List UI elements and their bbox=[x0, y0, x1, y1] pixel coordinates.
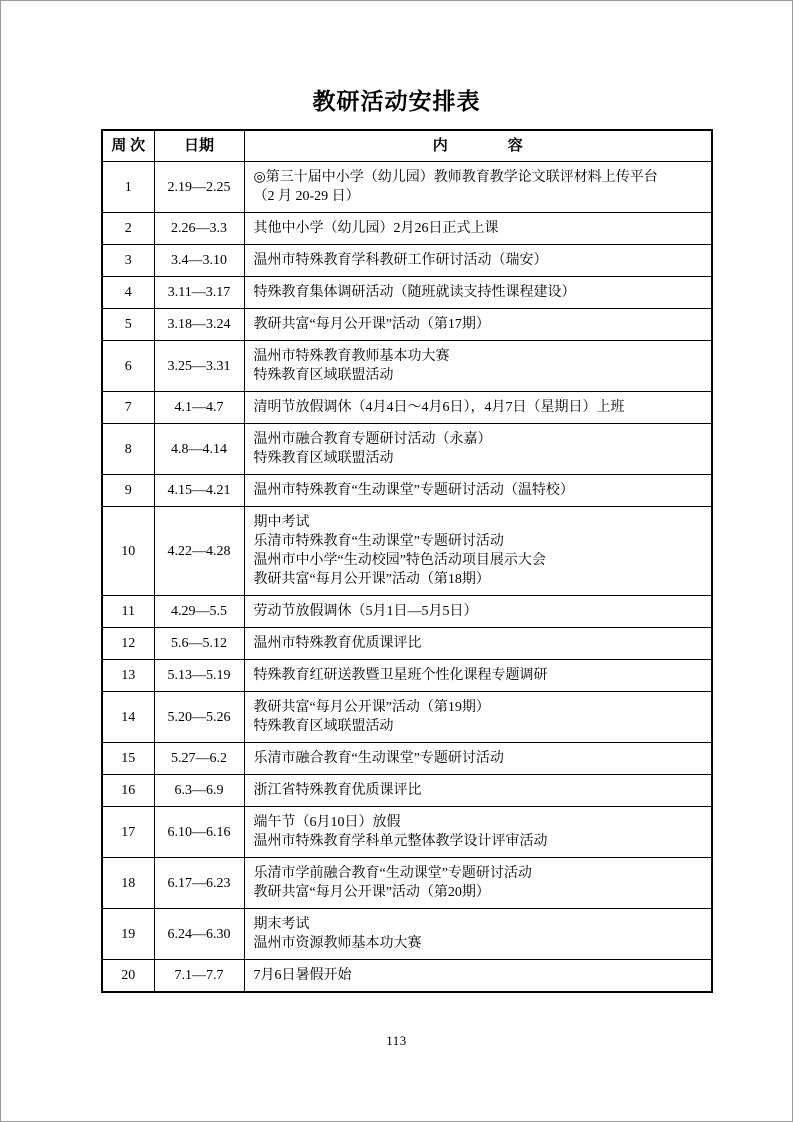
content-cell: 温州市特殊教育“生动课堂”专题研讨活动（温特校） bbox=[244, 475, 712, 507]
table-row: 33.4—3.10温州市特殊教育学科教研工作研讨活动（瑞安） bbox=[102, 245, 712, 277]
date-cell: 7.1—7.7 bbox=[154, 960, 244, 993]
week-cell: 14 bbox=[102, 692, 154, 743]
content-line: 劳动节放假调休（5月1日—5月5日） bbox=[254, 602, 706, 621]
date-cell: 5.13—5.19 bbox=[154, 660, 244, 692]
date-cell: 6.3—6.9 bbox=[154, 775, 244, 807]
table-row: 84.8—4.14温州市融合教育专题研讨活动（永嘉）特殊教育区域联盟活动 bbox=[102, 424, 712, 475]
content-line: 端午节（6月10日）放假 bbox=[254, 813, 706, 832]
content-line: 教研共富“每月公开课”活动（第17期） bbox=[254, 315, 706, 334]
date-cell: 3.18—3.24 bbox=[154, 309, 244, 341]
content-line: 7月6日暑假开始 bbox=[254, 966, 706, 985]
week-cell: 10 bbox=[102, 507, 154, 596]
content-line: 期中考试 bbox=[254, 513, 706, 532]
week-cell: 4 bbox=[102, 277, 154, 309]
table-row: 114.29—5.5劳动节放假调休（5月1日—5月5日） bbox=[102, 596, 712, 628]
table-row: 145.20—5.26教研共富“每月公开课”活动（第19期）特殊教育区域联盟活动 bbox=[102, 692, 712, 743]
week-cell: 8 bbox=[102, 424, 154, 475]
table-row: 135.13—5.19特殊教育红研送教暨卫星班个性化课程专题调研 bbox=[102, 660, 712, 692]
content-line: 教研共富“每月公开课”活动（第19期） bbox=[254, 698, 706, 717]
table-row: 22.26—3.3其他中小学（幼儿园）2月26日正式上课 bbox=[102, 213, 712, 245]
page-title: 教研活动安排表 bbox=[1, 1, 792, 117]
schedule-table: 周 次 日期 内 容 12.19—2.25◎第三十届中小学（幼儿园）教师教育教学… bbox=[101, 129, 713, 993]
content-cell: 浙江省特殊教育优质课评比 bbox=[244, 775, 712, 807]
date-cell: 6.24—6.30 bbox=[154, 909, 244, 960]
date-column-header: 日期 bbox=[154, 130, 244, 162]
content-cell: 7月6日暑假开始 bbox=[244, 960, 712, 993]
content-line: 乐清市特殊教育“生动课堂”专题研讨活动 bbox=[254, 532, 706, 551]
content-line: ◎第三十届中小学（幼儿园）教师教育教学论文联评材料上传平台 bbox=[254, 168, 706, 187]
week-cell: 18 bbox=[102, 858, 154, 909]
table-row: 94.15—4.21温州市特殊教育“生动课堂”专题研讨活动（温特校） bbox=[102, 475, 712, 507]
content-cell: 其他中小学（幼儿园）2月26日正式上课 bbox=[244, 213, 712, 245]
content-line: 特殊教育区域联盟活动 bbox=[254, 449, 706, 468]
date-cell: 5.6—5.12 bbox=[154, 628, 244, 660]
content-cell: 期中考试乐清市特殊教育“生动课堂”专题研讨活动温州市中小学“生动校园”特色活动项… bbox=[244, 507, 712, 596]
content-cell: 端午节（6月10日）放假温州市特殊教育学科单元整体教学设计评审活动 bbox=[244, 807, 712, 858]
content-cell: 劳动节放假调休（5月1日—5月5日） bbox=[244, 596, 712, 628]
week-cell: 9 bbox=[102, 475, 154, 507]
content-cell: 乐清市学前融合教育“生动课堂”专题研讨活动教研共富“每月公开课”活动（第20期） bbox=[244, 858, 712, 909]
week-cell: 7 bbox=[102, 392, 154, 424]
content-cell: 教研共富“每月公开课”活动（第17期） bbox=[244, 309, 712, 341]
content-line: 乐清市融合教育“生动课堂”专题研讨活动 bbox=[254, 749, 706, 768]
content-cell: 温州市特殊教育教师基本功大赛特殊教育区域联盟活动 bbox=[244, 341, 712, 392]
week-cell: 17 bbox=[102, 807, 154, 858]
date-cell: 4.22—4.28 bbox=[154, 507, 244, 596]
table-row: 166.3—6.9浙江省特殊教育优质课评比 bbox=[102, 775, 712, 807]
content-line: 教研共富“每月公开课”活动（第20期） bbox=[254, 883, 706, 902]
content-cell: 温州市特殊教育学科教研工作研讨活动（瑞安） bbox=[244, 245, 712, 277]
week-cell: 1 bbox=[102, 162, 154, 213]
table-row: 104.22—4.28期中考试乐清市特殊教育“生动课堂”专题研讨活动温州市中小学… bbox=[102, 507, 712, 596]
content-line: 温州市特殊教育学科教研工作研讨活动（瑞安） bbox=[254, 251, 706, 270]
page-number: 113 bbox=[1, 1033, 792, 1049]
week-cell: 6 bbox=[102, 341, 154, 392]
content-line: 其他中小学（幼儿园）2月26日正式上课 bbox=[254, 219, 706, 238]
document-page: 教研活动安排表 周 次 日期 内 容 12.19—2.25◎第三十届中小学（幼儿… bbox=[0, 0, 793, 1122]
table-row: 74.1—4.7清明节放假调休（4月4日～4月6日），4月7日（星期日）上班 bbox=[102, 392, 712, 424]
header-row: 周 次 日期 内 容 bbox=[102, 130, 712, 162]
week-cell: 11 bbox=[102, 596, 154, 628]
content-line: 教研共富“每月公开课”活动（第18期） bbox=[254, 570, 706, 589]
table-row: 207.1—7.77月6日暑假开始 bbox=[102, 960, 712, 993]
content-line: 温州市特殊教育优质课评比 bbox=[254, 634, 706, 653]
content-line: （2 月 20-29 日） bbox=[254, 187, 706, 206]
content-cell: 乐清市融合教育“生动课堂”专题研讨活动 bbox=[244, 743, 712, 775]
content-line: 特殊教育区域联盟活动 bbox=[254, 366, 706, 385]
content-column-header: 内 容 bbox=[244, 130, 712, 162]
date-cell: 3.25—3.31 bbox=[154, 341, 244, 392]
content-cell: 温州市融合教育专题研讨活动（永嘉）特殊教育区域联盟活动 bbox=[244, 424, 712, 475]
date-cell: 4.15—4.21 bbox=[154, 475, 244, 507]
content-line: 特殊教育集体调研活动（随班就读支持性课程建设） bbox=[254, 283, 706, 302]
content-line: 温州市融合教育专题研讨活动（永嘉） bbox=[254, 430, 706, 449]
week-cell: 5 bbox=[102, 309, 154, 341]
content-line: 浙江省特殊教育优质课评比 bbox=[254, 781, 706, 800]
content-cell: 特殊教育集体调研活动（随班就读支持性课程建设） bbox=[244, 277, 712, 309]
date-cell: 5.20—5.26 bbox=[154, 692, 244, 743]
content-cell: ◎第三十届中小学（幼儿园）教师教育教学论文联评材料上传平台（2 月 20-29 … bbox=[244, 162, 712, 213]
table-row: 12.19—2.25◎第三十届中小学（幼儿园）教师教育教学论文联评材料上传平台（… bbox=[102, 162, 712, 213]
week-cell: 16 bbox=[102, 775, 154, 807]
content-line: 特殊教育区域联盟活动 bbox=[254, 717, 706, 736]
content-line: 温州市中小学“生动校园”特色活动项目展示大会 bbox=[254, 551, 706, 570]
table-row: 186.17—6.23乐清市学前融合教育“生动课堂”专题研讨活动教研共富“每月公… bbox=[102, 858, 712, 909]
table-row: 196.24—6.30期末考试温州市资源教师基本功大赛 bbox=[102, 909, 712, 960]
content-cell: 温州市特殊教育优质课评比 bbox=[244, 628, 712, 660]
content-line: 温州市特殊教育教师基本功大赛 bbox=[254, 347, 706, 366]
week-cell: 13 bbox=[102, 660, 154, 692]
content-line: 期末考试 bbox=[254, 915, 706, 934]
date-cell: 2.19—2.25 bbox=[154, 162, 244, 213]
table-row: 176.10—6.16端午节（6月10日）放假温州市特殊教育学科单元整体教学设计… bbox=[102, 807, 712, 858]
table-row: 125.6—5.12温州市特殊教育优质课评比 bbox=[102, 628, 712, 660]
table-row: 63.25—3.31温州市特殊教育教师基本功大赛特殊教育区域联盟活动 bbox=[102, 341, 712, 392]
date-cell: 6.10—6.16 bbox=[154, 807, 244, 858]
content-line: 温州市特殊教育“生动课堂”专题研讨活动（温特校） bbox=[254, 481, 706, 500]
content-line: 温州市特殊教育学科单元整体教学设计评审活动 bbox=[254, 832, 706, 851]
week-cell: 19 bbox=[102, 909, 154, 960]
date-cell: 4.29—5.5 bbox=[154, 596, 244, 628]
content-cell: 教研共富“每月公开课”活动（第19期）特殊教育区域联盟活动 bbox=[244, 692, 712, 743]
week-cell: 15 bbox=[102, 743, 154, 775]
week-cell: 20 bbox=[102, 960, 154, 993]
week-cell: 2 bbox=[102, 213, 154, 245]
content-line: 乐清市学前融合教育“生动课堂”专题研讨活动 bbox=[254, 864, 706, 883]
table-row: 53.18—3.24教研共富“每月公开课”活动（第17期） bbox=[102, 309, 712, 341]
content-line: 清明节放假调休（4月4日～4月6日），4月7日（星期日）上班 bbox=[254, 398, 706, 417]
date-cell: 4.1—4.7 bbox=[154, 392, 244, 424]
date-cell: 4.8—4.14 bbox=[154, 424, 244, 475]
content-line: 特殊教育红研送教暨卫星班个性化课程专题调研 bbox=[254, 666, 706, 685]
date-cell: 6.17—6.23 bbox=[154, 858, 244, 909]
table-row: 155.27—6.2乐清市融合教育“生动课堂”专题研讨活动 bbox=[102, 743, 712, 775]
content-cell: 特殊教育红研送教暨卫星班个性化课程专题调研 bbox=[244, 660, 712, 692]
content-line: 温州市资源教师基本功大赛 bbox=[254, 934, 706, 953]
week-cell: 12 bbox=[102, 628, 154, 660]
week-column-header: 周 次 bbox=[102, 130, 154, 162]
content-cell: 清明节放假调休（4月4日～4月6日），4月7日（星期日）上班 bbox=[244, 392, 712, 424]
week-cell: 3 bbox=[102, 245, 154, 277]
date-cell: 3.4—3.10 bbox=[154, 245, 244, 277]
schedule-table-body: 12.19—2.25◎第三十届中小学（幼儿园）教师教育教学论文联评材料上传平台（… bbox=[102, 162, 712, 993]
schedule-table-header: 周 次 日期 内 容 bbox=[102, 130, 712, 162]
table-row: 43.11—3.17特殊教育集体调研活动（随班就读支持性课程建设） bbox=[102, 277, 712, 309]
date-cell: 3.11—3.17 bbox=[154, 277, 244, 309]
date-cell: 5.27—6.2 bbox=[154, 743, 244, 775]
content-cell: 期末考试温州市资源教师基本功大赛 bbox=[244, 909, 712, 960]
date-cell: 2.26—3.3 bbox=[154, 213, 244, 245]
